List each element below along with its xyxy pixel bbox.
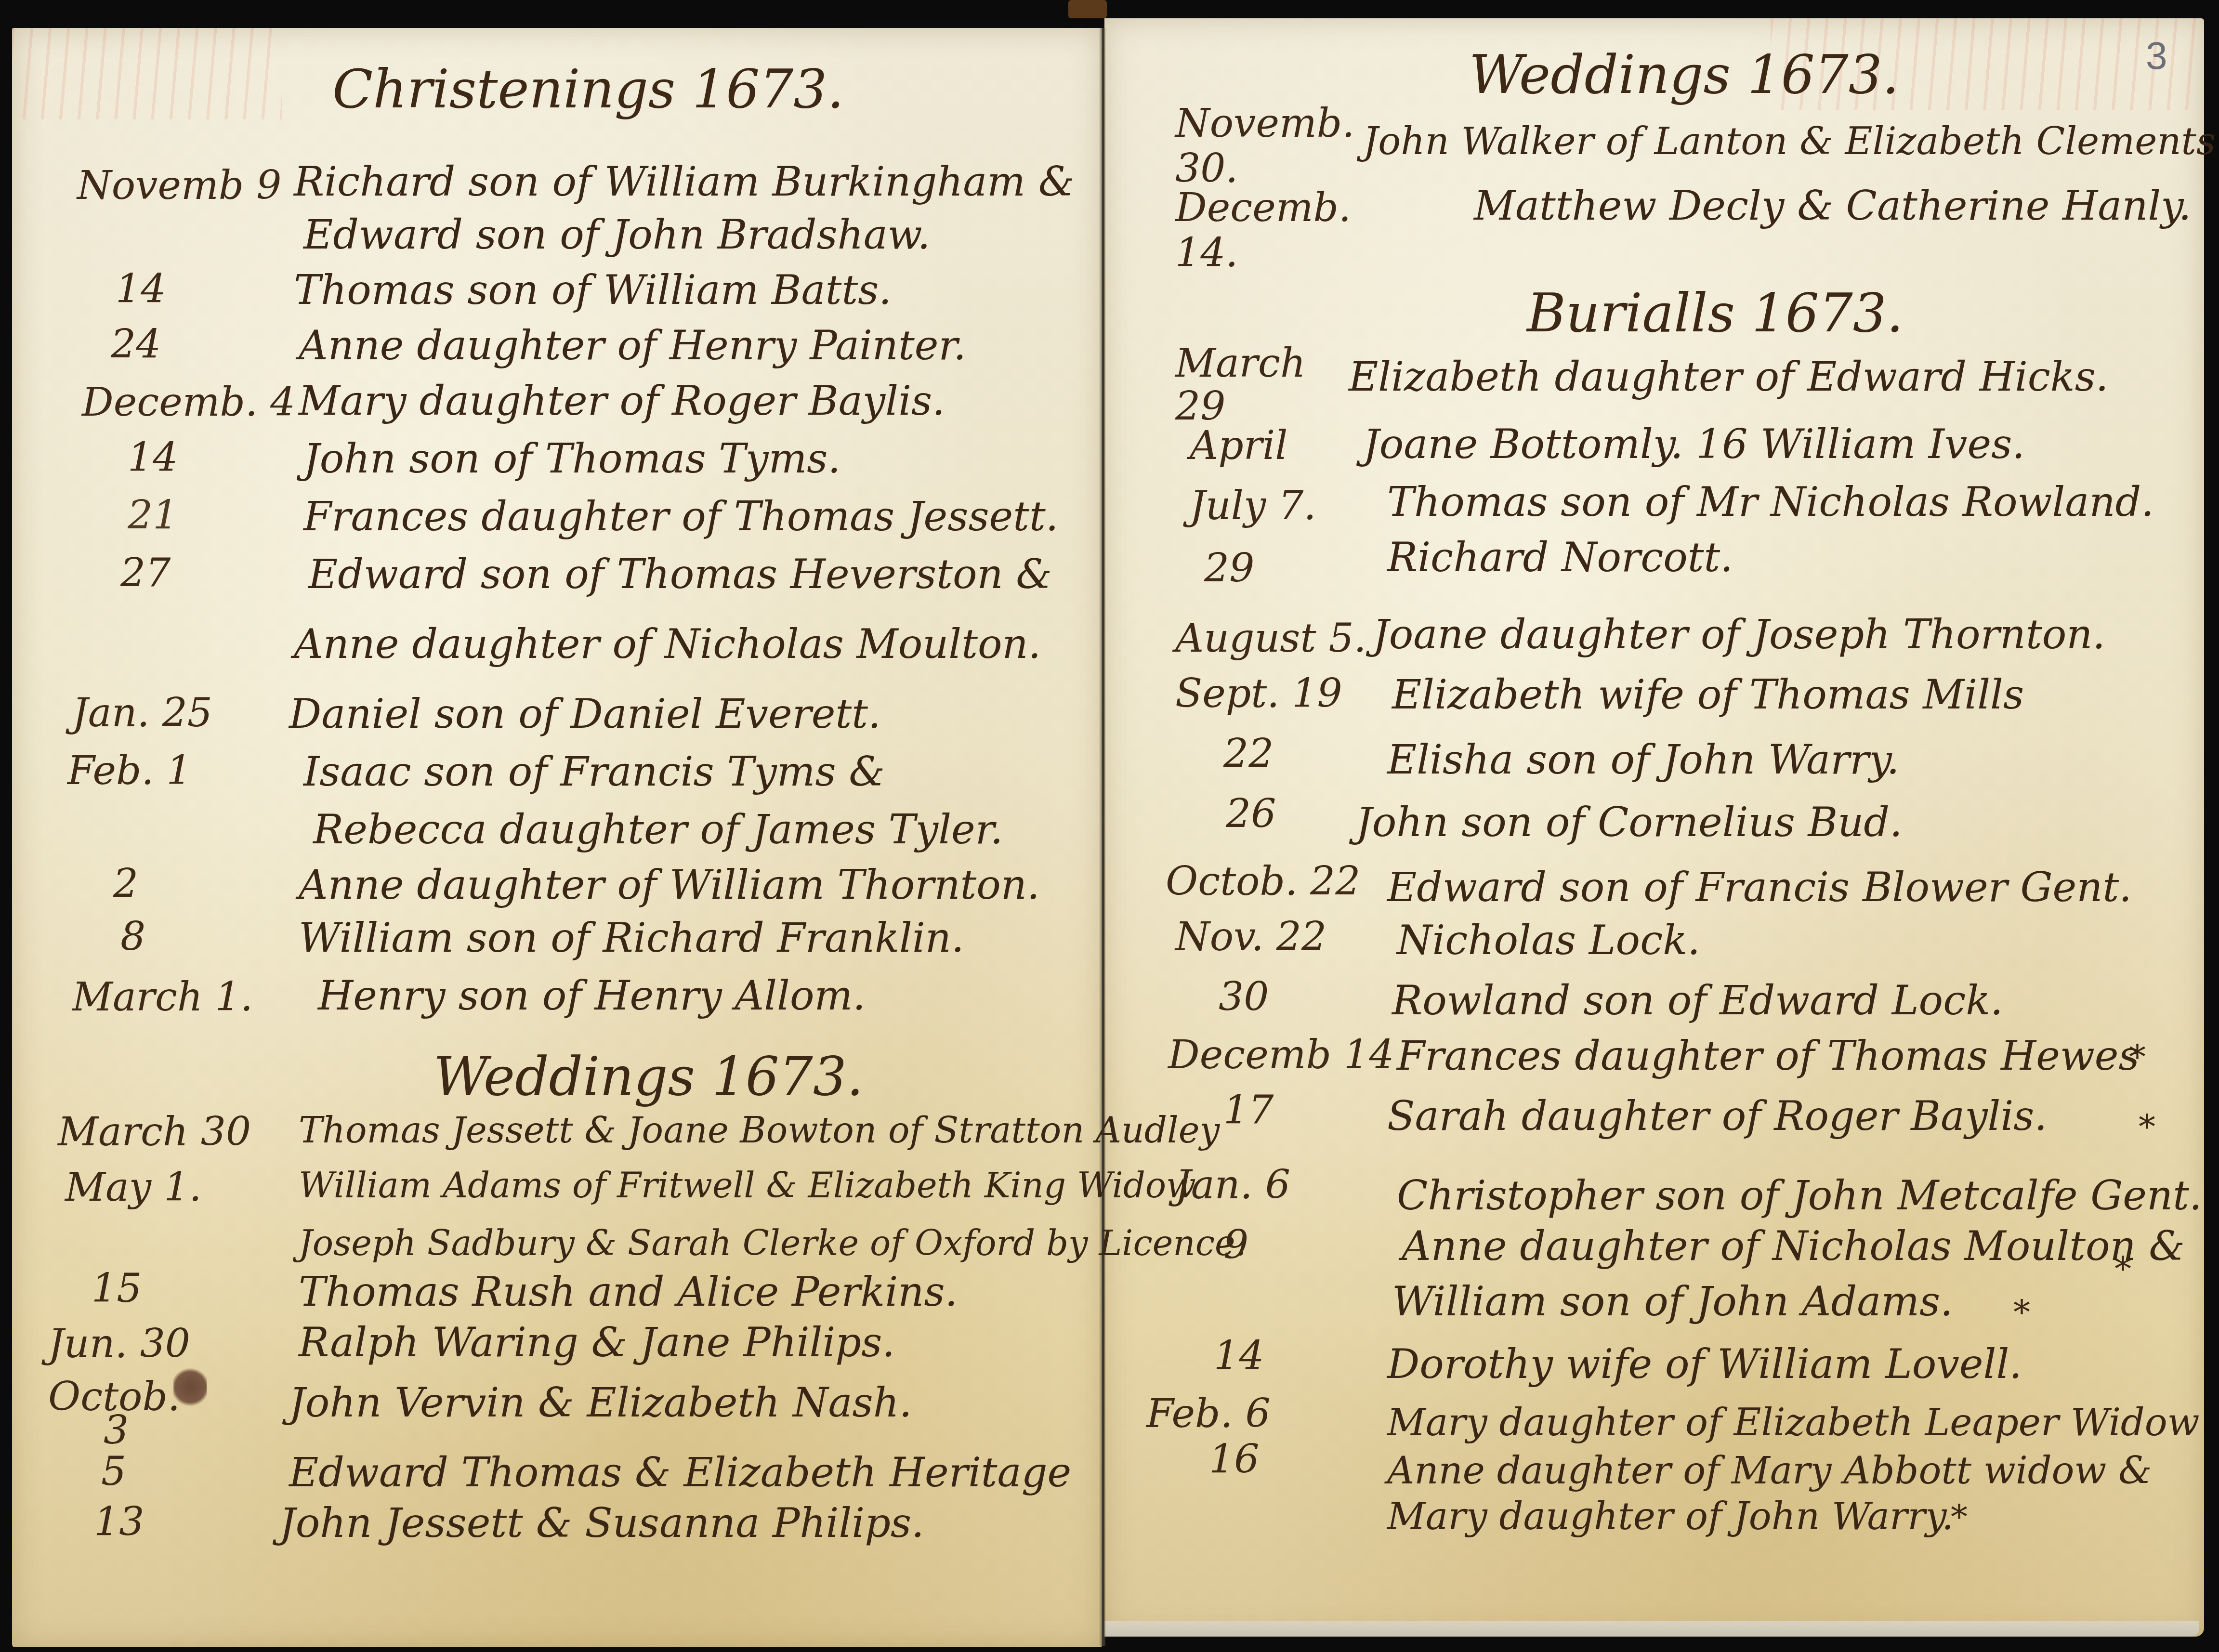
entry-text: William son of John Adams. (1392, 1281, 1953, 1322)
entry-date: 14 (128, 438, 178, 478)
entry-text: William son of Richard Franklin. (299, 918, 964, 958)
entry-text: Thomas Jessett & Joane Bowton of Stratto… (299, 1113, 1220, 1148)
entry-text: Anne daughter of Henry Painter. (299, 325, 966, 366)
entry-text: Joseph Sadbury & Sarah Clerke of Oxford … (299, 1226, 1247, 1260)
entry-text: Edward son of Thomas Heverston & (308, 554, 1052, 594)
star-mark-icon: * (2114, 1252, 2131, 1286)
entry-date: 14 (1214, 1337, 1264, 1376)
page-gutter (1100, 28, 1105, 1646)
entry-date: 9 (1223, 1226, 1248, 1265)
entry-text: Anne daughter of William Thornton. (299, 865, 1040, 905)
entry-text: Matthew Decly & Catherine Hanly. (1474, 185, 2191, 226)
entry-text: Rowland son of Edward Lock. (1392, 980, 2003, 1021)
entry-date: April (1190, 426, 1287, 466)
entry-text: John son of Thomas Tyms. (303, 438, 840, 479)
entry-date: 26 (1226, 795, 1276, 834)
entry-date: 15 (92, 1269, 142, 1309)
entry-text: Frances daughter of Thomas Jessett. (303, 496, 1058, 537)
entry-date: March 30 (58, 1113, 251, 1152)
entry-date: 30 (1219, 978, 1269, 1017)
entry-text: Mary daughter of John Warry. (1387, 1498, 1954, 1535)
entry-text: Daniel son of Daniel Everett. (289, 694, 881, 734)
entry-date: Novemb 9 (77, 166, 281, 206)
entry-date: 5 (101, 1452, 126, 1492)
entry-text: Nicholas Lock. (1397, 920, 1700, 960)
star-mark-icon: * (1951, 1500, 1968, 1534)
entry-date: 21 (128, 496, 178, 536)
star-mark-icon: * (2013, 1296, 2030, 1329)
entry-text: Dorothy wife of William Lovell. (1387, 1344, 2022, 1384)
entry-text: John Vervin & Elizabeth Nash. (289, 1382, 912, 1423)
entry-text: John son of Cornelius Bud. (1356, 802, 1903, 842)
entry-date: March 1. (72, 978, 253, 1017)
entry-text: Edward son of John Bradshaw. (303, 214, 930, 255)
entry-date: 22 (1223, 734, 1274, 774)
entry-date: Novemb. 30. (1175, 101, 1300, 192)
entry-date: July 7. (1190, 486, 1316, 526)
entry-text: Thomas son of Mr Nicholas Rowland. (1387, 482, 2154, 522)
entry-text: Thomas son of William Batts. (294, 270, 892, 310)
section-title-weddings: Weddings 1673. (433, 1050, 864, 1103)
entry-date: Jan. 25 (72, 694, 212, 733)
entry-text: Sarah daughter of Roger Baylis. (1387, 1096, 2047, 1136)
red-edge-speckle (12, 28, 282, 119)
cross-mark-icon: * (2129, 1040, 2146, 1074)
entry-text: Richard son of William Burkingham & (294, 161, 1075, 202)
entry-date: 17 (1223, 1091, 1274, 1130)
entry-text: Elizabeth daughter of Edward Hicks. (1349, 356, 2109, 397)
entry-date: 27 (120, 554, 171, 593)
entry-date: Decemb. 4 (82, 383, 295, 422)
entry-text: Edward son of Francis Blower Gent. (1387, 867, 2132, 907)
entry-text: Ralph Waring & Jane Philips. (299, 1322, 895, 1363)
book-spine (1068, 0, 1107, 18)
entry-text: Elisha son of John Warry. (1387, 739, 1899, 780)
entry-text: Thomas Rush and Alice Perkins. (299, 1272, 958, 1312)
entry-date: 2 (113, 865, 138, 904)
entry-date: 8 (120, 918, 145, 957)
entry-date: Feb. 6 (1146, 1394, 1271, 1434)
entry-date: Sept. 19 (1175, 674, 1342, 714)
entry-text: Frances daughter of Thomas Hewes (1397, 1036, 2140, 1076)
entry-date: Nov. 22 (1175, 918, 1326, 957)
entry-date: Decemb 14 (1168, 1036, 1394, 1075)
entry-text: Joane daughter of Joseph Thornton. (1373, 614, 2105, 655)
entry-text: Anne daughter of Nicholas Moulton & (1402, 1226, 2185, 1266)
entry-date: 14 (116, 270, 166, 309)
entry-text: Rebecca daughter of James Tyler. (313, 809, 1003, 850)
ink-blot (173, 1368, 207, 1406)
entry-date: Decemb. 14. (1175, 185, 1300, 276)
entry-text: Elizabeth wife of Thomas Mills (1392, 674, 2024, 715)
entry-text: Richard Norcott. (1387, 537, 1733, 577)
entry-date: May 1. (65, 1168, 201, 1207)
entry-text: Henry son of Henry Allom. (318, 975, 866, 1016)
entry-text: Joane Bottomly. 16 William Ives. (1363, 424, 2025, 464)
entry-date: 24 (111, 325, 161, 365)
entry-text: Mary daughter of Roger Baylis. (299, 380, 945, 421)
entry-text: Isaac son of Francis Tyms & (303, 751, 885, 792)
entry-date: 16 (1209, 1440, 1259, 1480)
entry-date: March 29 (1175, 342, 1272, 429)
entry-text: Mary daughter of Elizabeth Leaper Widow (1387, 1404, 2199, 1442)
section-title-christenings: Christenings 1673. (332, 63, 844, 116)
section-title-burialls: Burialls 1673. (1527, 287, 1904, 340)
entry-date: Feb. 1 (67, 751, 192, 791)
star-mark-icon: * (2139, 1110, 2155, 1144)
entry-text: John Jessett & Susanna Philips. (279, 1503, 924, 1543)
entry-text: Christopher son of John Metcalfe Gent. (1397, 1175, 2202, 1216)
entry-text: John Walker of Lanton & Elizabeth Clemen… (1363, 123, 2219, 160)
entry-date: Jan. 6 (1175, 1166, 1290, 1205)
entry-date: 3 (104, 1411, 129, 1451)
entry-text: Anne daughter of Mary Abbott widow & (1387, 1452, 2152, 1490)
entry-text: William Adams of Fritwell & Elizabeth Ki… (299, 1168, 1196, 1203)
entry-date: Jun. 30 (48, 1324, 190, 1364)
entry-text: Anne daughter of Nicholas Moulton. (294, 624, 1041, 664)
entry-date: August 5. (1175, 619, 1366, 658)
page-number: 3 (2146, 34, 2167, 78)
section-title-weddings-right: Weddings 1673. (1469, 48, 1899, 101)
entry-text: Edward Thomas & Elizabeth Heritage (289, 1452, 1071, 1493)
entry-date: Octob. 22 (1166, 862, 1360, 902)
entry-date: 29 (1204, 549, 1254, 589)
entry-date: 13 (94, 1503, 144, 1542)
